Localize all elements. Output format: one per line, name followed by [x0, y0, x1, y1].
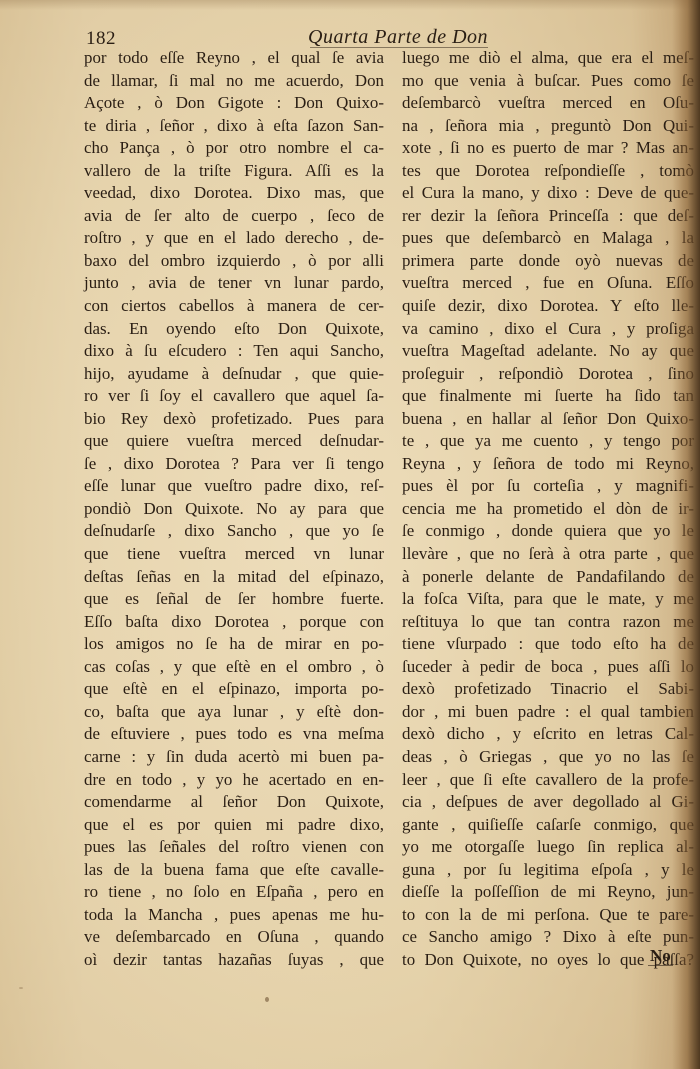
text-line: reſtituya lo que tan contra razon me [402, 611, 694, 634]
text-line: que eſtè en el eſpinazo, importa po- [84, 678, 384, 701]
text-line: el Cura la mano, y dixo : Deve de que- [402, 182, 694, 205]
text-line: de llamar, ſi mal no me acuerdo, Don [84, 70, 384, 93]
catchword: No [650, 946, 671, 966]
text-line: pues èl por ſu corteſia , y magnifi- [402, 475, 694, 498]
text-line: eſſe lunar que vueſtro padre dixo, reſ- [84, 475, 384, 498]
text-line: que es ſeñal de ſer hombre fuerte. [84, 588, 384, 611]
text-line: na , ſeñora mia , preguntò Don Qui- [402, 115, 694, 138]
text-line: va camino , dixo el Cura , y proſiga [402, 318, 694, 341]
text-line: ſe , dixo Dorotea ? Para ver ſi tengo [84, 453, 384, 476]
text-line: dor , mi buen padre : el qual tambien [402, 701, 694, 724]
text-line: cencia me ha prometido el dòn de ir- [402, 498, 694, 521]
text-line: vueſtra merced , fue en Oſuna. Eſſo [402, 272, 694, 295]
text-line: comendarme al ſeñor Don Quixote, [84, 791, 384, 814]
page-top-edge [0, 0, 700, 10]
text-line: tiene vſurpado : que todo eſto ha de [402, 633, 694, 656]
text-line: avia de ſer alto de cuerpo , ſeco de [84, 205, 384, 228]
text-line: proſeguir , reſpondiò Dorotea , ſino [402, 363, 694, 386]
text-line: te diria , ſeñor , dixo à eſta ſazon San… [84, 115, 384, 138]
text-line: roſtro , y que en el lado derecho , de- [84, 227, 384, 250]
text-line: tes que Dorotea reſpondieſſe , tomò [402, 160, 694, 183]
text-line: bio Rey dexò profetizado. Pues para [84, 408, 384, 431]
text-line: dexò dicho , y eſcrito en letras Cal- [402, 723, 694, 746]
text-line: te , que ya me cuento , y tengo por [402, 430, 694, 453]
text-line: leer , que ſi eſte cavallero de la profe… [402, 769, 694, 792]
text-line: to con la de mi perſona. Que te pare- [402, 904, 694, 927]
text-line: ſuceder à pedir de boca , pues aſſi lo [402, 656, 694, 679]
text-line: junto , avia de tener vn lunar pardo, [84, 272, 384, 295]
text-line: pondiò Don Quixote. No ay para que [84, 498, 384, 521]
running-head: Quarta Parte de Don [308, 26, 488, 49]
text-line: cho Pança , ò por otro nombre el ca- [84, 137, 384, 160]
text-line: das. En oyendo eſto Don Quixote, [84, 318, 384, 341]
text-line: pues que deſembarcò en Malaga , la [402, 227, 694, 250]
text-line: luego me diò el alma, que era el meſ- [402, 47, 694, 70]
text-line: dexò profetizado Tinacrio el Sabi- [402, 678, 694, 701]
text-line: ro tiene , no ſolo en Eſpaña , pero en [84, 881, 384, 904]
text-line: xote , ſi no es puerto de mar ? Mas an- [402, 137, 694, 160]
book-page: 182 Quarta Parte de Don por todo eſſe Re… [0, 0, 700, 1069]
paper-stain [19, 987, 23, 989]
left-column: por todo eſſe Reyno , el qual ſe aviade … [84, 47, 384, 971]
right-column: luego me diò el alma, que era el meſ-mo … [402, 47, 694, 971]
text-line: deas , ò Griegas , que yo no las ſe [402, 746, 694, 769]
text-line: cas coſas , y que eſtè en el ombro , ò [84, 656, 384, 679]
text-line: llevàre , que no ſerà à otra parte , que [402, 543, 694, 566]
text-line: yo me otorgaſſe luego ſin replica al- [402, 836, 694, 859]
text-line: deſembarcò vueſtra merced en Oſu- [402, 92, 694, 115]
text-line: pues las ſeñales del roſtro vienen con [84, 836, 384, 859]
text-line: buena , en hallar al ſeñor Don Quixo- [402, 408, 694, 431]
text-line: con ciertos cabellos à manera de cer- [84, 295, 384, 318]
text-line: que quiere vueſtra merced deſnudar- [84, 430, 384, 453]
text-line: toda la Mancha , pues apenas me hu- [84, 904, 384, 927]
paper-stain [265, 997, 269, 1002]
text-line: que finalmente mi ſuerte ha ſido tan [402, 385, 694, 408]
text-line: deſnudarſe , dixo Sancho , que yo ſe [84, 520, 384, 543]
text-line: carne : y ſin duda acertò mi buen pa- [84, 746, 384, 769]
text-line: Reyna , y ſeñora de todo mi Reyno, [402, 453, 694, 476]
text-line: la foſca Viſta, para que le mate, y me [402, 588, 694, 611]
text-line: veedad, dixo Dorotea. Dixo mas, que [84, 182, 384, 205]
text-line: baxo del ombro izquierdo , ò por alli [84, 250, 384, 273]
text-line: gante , quiſieſſe caſarſe conmigo, que [402, 814, 694, 837]
text-line: quiſe dezir, dixo Dorotea. Y eſto lle- [402, 295, 694, 318]
text-line: co, baſta que aya lunar , y eſtè don- [84, 701, 384, 724]
text-line: primera parte donde oyò nuevas de [402, 250, 694, 273]
text-line: cia , deſpues de aver degollado al Gi- [402, 791, 694, 814]
text-line: que tiene vueſtra merced vn lunar [84, 543, 384, 566]
text-line: à ponerle delante de Pandafilando de [402, 566, 694, 589]
text-line: ro ver ſi ſoy el cavallero que aquel ſa- [84, 385, 384, 408]
text-line: dixo à ſu eſcudero : Ten aqui Sancho, [84, 340, 384, 363]
text-line: deſtas ſeñas en la mitad del eſpinazo, [84, 566, 384, 589]
text-line: que el es por quien mi padre dixo, [84, 814, 384, 837]
text-line: rer dezir la ſeñora Princeſſa : que deſ- [402, 205, 694, 228]
text-line: ve deſembarcado en Oſuna , quando [84, 926, 384, 949]
text-line: vueſtra Mageſtad adelante. No ay que [402, 340, 694, 363]
text-line: hijo, ayudame à deſnudar , que quie- [84, 363, 384, 386]
text-line: los amigos no ſe ha de mirar en po- [84, 633, 384, 656]
text-line: guna , por ſu legitima eſpoſa , y le [402, 859, 694, 882]
text-line: Eſſo baſta dixo Dorotea , porque con [84, 611, 384, 634]
text-line: dre en todo , y yo he acertado en en- [84, 769, 384, 792]
text-line: Açote , ò Don Gigote : Don Quixo- [84, 92, 384, 115]
text-line: por todo eſſe Reyno , el qual ſe avia [84, 47, 384, 70]
text-line: las de la buena fama que eſte cavalle- [84, 859, 384, 882]
text-line: vallero de la triſte Figura. Aſſi es la [84, 160, 384, 183]
text-line: oì dezir tantas hazañas ſuyas , que [84, 949, 384, 972]
text-line: dieſſe la poſſeſſion de mi Reyno, jun- [402, 881, 694, 904]
gutter-shadow [672, 0, 700, 1069]
text-line: mo que venia à buſcar. Pues como ſe [402, 70, 694, 93]
text-line: ſe conmigo , donde quiera que yo le [402, 520, 694, 543]
text-line: de eſtuviere , pues todo es vna meſma [84, 723, 384, 746]
